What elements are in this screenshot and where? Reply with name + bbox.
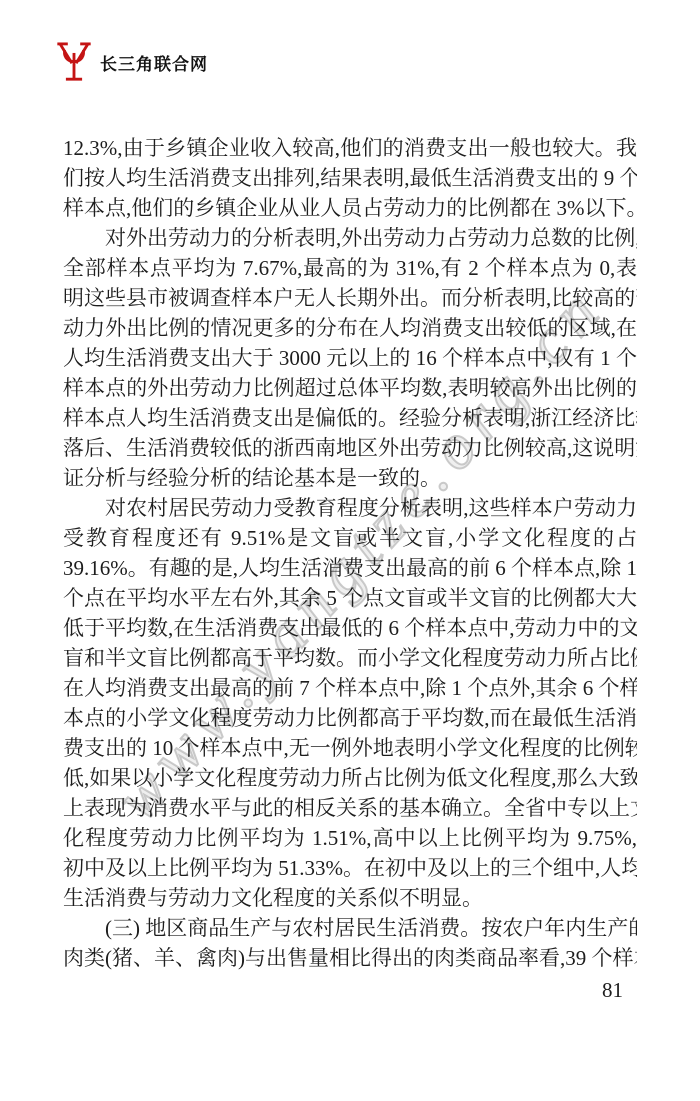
text-line: 本点的小学文化程度劳动力比例都高于平均数,而在最低生活消 — [63, 703, 637, 733]
text-line: 费支出的 10 个样本点中,无一例外地表明小学文化程度的比例较 — [63, 733, 637, 763]
text-line: 对农村居民劳动力受教育程度分析表明,这些样本户劳动力 — [63, 493, 637, 523]
text-line: 肉类(猪、羊、禽肉)与出售量相比得出的肉类商品率看,39 个样本 — [63, 943, 637, 973]
scanned-document-page: 长三角联合网 www.yangtze.org.cn 12.3%,由于乡镇企业收入… — [0, 0, 700, 1101]
text-line: 样本点,他们的乡镇企业从业人员占劳动力的比例都在 3%以下。 — [63, 193, 637, 223]
yangtze-logo-icon — [57, 42, 91, 82]
text-line: 盲和半文盲比例都高于平均数。而小学文化程度劳动力所占比例, — [63, 643, 637, 673]
text-line: (三) 地区商品生产与农村居民生活消费。按农户年内生产的 — [63, 913, 637, 943]
text-line: 全部样本点平均为 7.67%,最高的为 31%,有 2 个样本点为 0,表 — [63, 253, 637, 283]
document-body: 12.3%,由于乡镇企业收入较高,他们的消费支出一般也较大。我 们按人均生活消费… — [63, 133, 637, 973]
text-line: 个点在平均水平左右外,其余 5 个点文盲或半文盲的比例都大大 — [63, 583, 637, 613]
text-line: 生活消费与劳动力文化程度的关系似不明显。 — [63, 883, 637, 913]
text-line: 明这些县市被调查样本户无人长期外出。而分析表明,比较高的劳 — [63, 283, 637, 313]
site-logo: 长三角联合网 — [57, 42, 208, 82]
text-line: 们按人均生活消费支出排列,结果表明,最低生活消费支出的 9 个 — [63, 163, 637, 193]
text-line: 12.3%,由于乡镇企业收入较高,他们的消费支出一般也较大。我 — [63, 133, 637, 163]
page-number: 81 — [602, 978, 623, 1003]
text-line: 动力外出比例的情况更多的分布在人均消费支出较低的区域,在 — [63, 313, 637, 343]
text-line: 化程度劳动力比例平均为 1.51%,高中以上比例平均为 9.75%, — [63, 823, 637, 853]
site-logo-text: 长三角联合网 — [100, 50, 208, 75]
text-line: 对外出劳动力的分析表明,外出劳动力占劳动力总数的比例, — [63, 223, 637, 253]
text-line: 低于平均数,在生活消费支出最低的 6 个样本点中,劳动力中的文 — [63, 613, 637, 643]
text-line: 人均生活消费支出大于 3000 元以上的 16 个样本点中,仅有 1 个 — [63, 343, 637, 373]
text-line: 上表现为消费水平与此的相反关系的基本确立。全省中专以上文 — [63, 793, 637, 823]
text-line: 证分析与经验分析的结论基本是一致的。 — [63, 463, 637, 493]
text-line: 样本点的外出劳动力比例超过总体平均数,表明较高外出比例的 — [63, 373, 637, 403]
text-line: 39.16%。有趣的是,人均生活消费支出最高的前 6 个样本点,除 1 — [63, 553, 637, 583]
text-line: 样本点人均生活消费支出是偏低的。经验分析表明,浙江经济比较 — [63, 403, 637, 433]
text-line: 初中及以上比例平均为 51.33%。在初中及以上的三个组中,人均 — [63, 853, 637, 883]
text-line: 低,如果以小学文化程度劳动力所占比例为低文化程度,那么大致 — [63, 763, 637, 793]
text-line: 受教育程度还有 9.51%是文盲或半文盲,小学文化程度的占 — [63, 523, 637, 553]
text-line: 落后、生活消费较低的浙西南地区外出劳动力比例较高,这说明实 — [63, 433, 637, 463]
text-line: 在人均消费支出最高的前 7 个样本点中,除 1 个点外,其余 6 个样 — [63, 673, 637, 703]
